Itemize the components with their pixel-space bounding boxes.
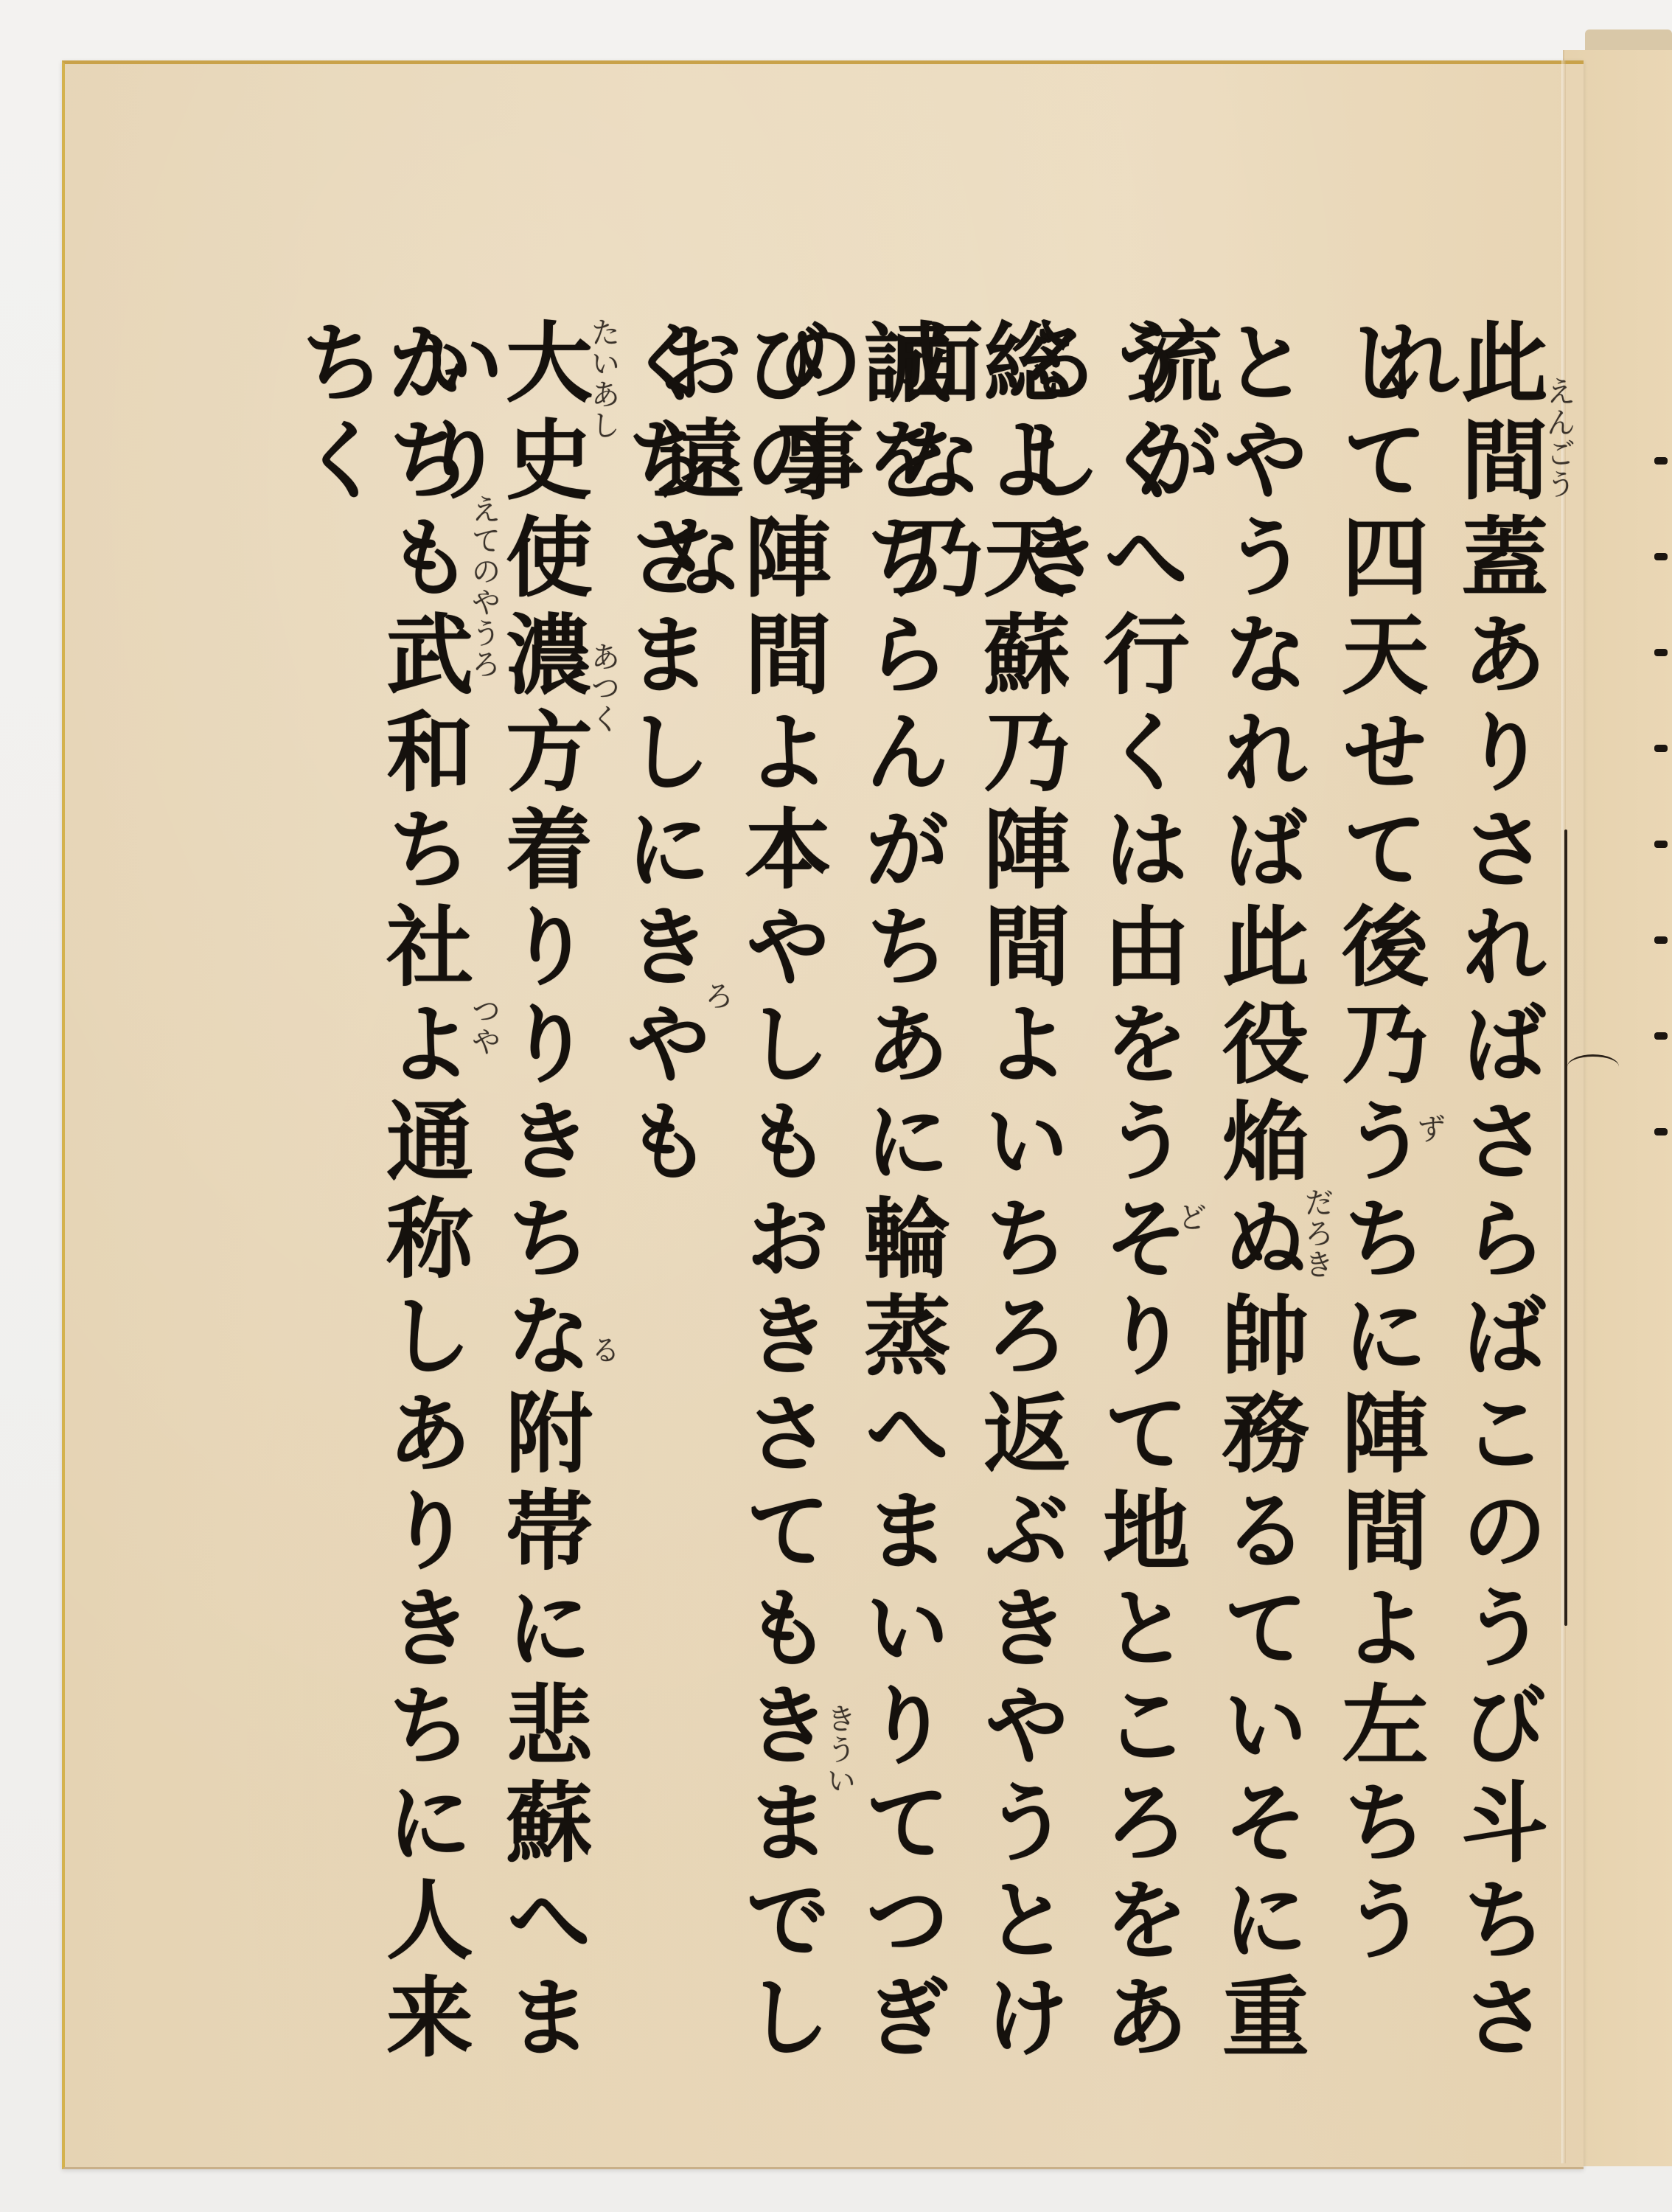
text-column-10: かちも武和ち社よ通称しありきちに人来ちく えてのやうろ つや [346,317,466,2087]
text-column-4: うくへ行くは由をうそりて地ところをあるしき ど [1063,317,1182,2087]
calligraphy-text-area: 此間蓋ありさればさらばこのうび斗ちされ えんごう して四天せて後乃うちに陣間よ左… [214,317,1541,2087]
text-column-6: 誠をちらんがちあに輪蒸へまいりてつぎの事 [824,317,944,2087]
column-text: して四天せて後乃うちに陣間よ左ちう [1334,317,1421,1972]
furigana-annotation: あつく [588,641,618,734]
column-text: かちも武和ち社よ通称しありきちに人来ちく [292,317,466,2087]
text-column-8: くちさましにきやも ろ [585,317,705,2087]
text-column-5: 総よ天蘇乃陣間よいちろ返ぶきやうとけ面な乃 [944,317,1063,2087]
furigana-annotation: ろ [702,981,731,1012]
furigana-annotation: つや [469,995,498,1057]
next-page-ink-fragments [1650,369,1672,1696]
furigana-annotation: ず [1414,1113,1443,1144]
furigana-annotation: えてのやうろ [469,494,498,680]
binding-thread-loop [1567,1054,1619,1079]
binding-thread [1564,829,1567,1626]
text-column-1: 此間蓋ありさればさらばこのうび斗ちされ えんごう [1421,317,1541,2087]
text-column-7: びの陣間よ本やしもおきさてもきまでしお遠な きうい [705,317,824,2087]
furigana-annotation: る [588,1335,618,1366]
furigana-annotation: だろき [1302,1187,1331,1280]
furigana-annotation: えんごう [1544,376,1573,500]
furigana-annotation: たいあし [588,317,618,441]
scan-scene: 此間蓋ありさればさらばこのうび斗ちされ えんごう して四天せて後乃うちに陣間よ左… [0,0,1672,2212]
furigana-annotation: ど [1175,1202,1205,1233]
column-text: くちさましにきやも [618,317,705,1193]
furigana-annotation: きうい [824,1703,854,1796]
